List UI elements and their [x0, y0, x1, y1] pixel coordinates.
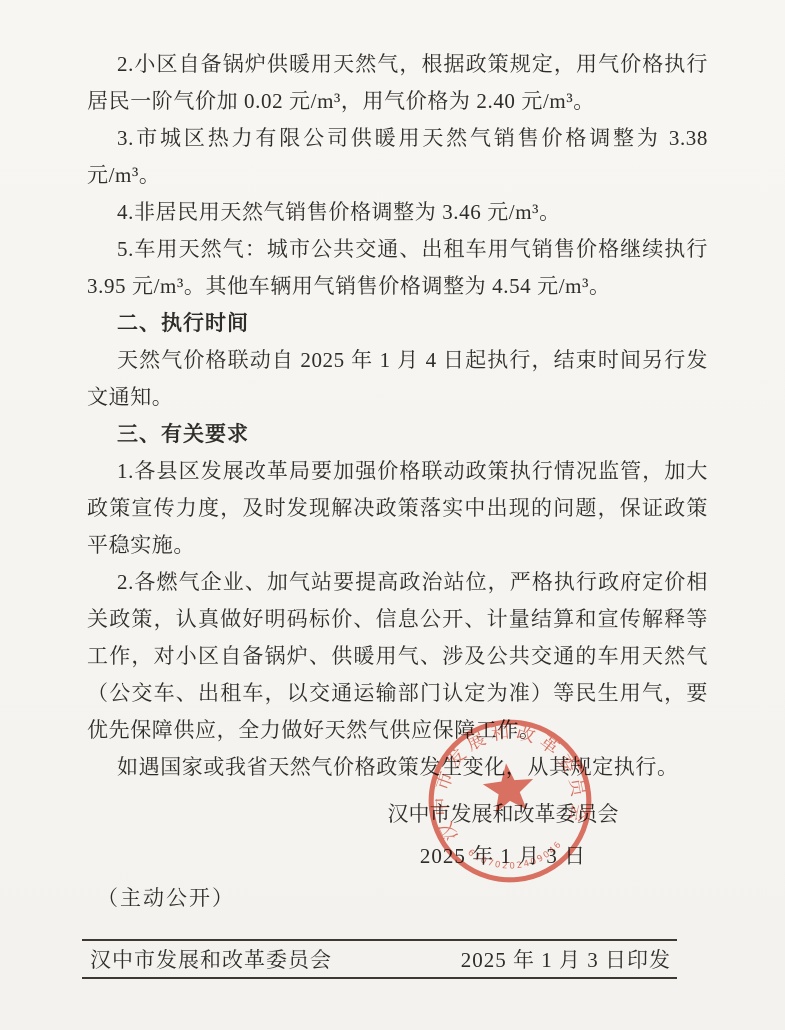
- official-seal-stamp-icon: 汉中市发展和改革委员会 61070202409046: [414, 705, 605, 896]
- document-body: 2.小区自备锅炉供暖用天然气，根据政策规定，用气价格执行居民一阶气价加 0.02…: [0, 0, 785, 786]
- paragraph-heating-company-price: 3.市城区热力有限公司供暖用天然气销售价格调整为 3.38 元/m³。: [87, 120, 708, 194]
- footer-print-date: 2025 年 1 月 3 日印发: [461, 944, 671, 974]
- footer-band: 汉中市发展和改革委员会 2025 年 1 月 3 日印发: [82, 939, 677, 979]
- paragraph-vehicle-gas-price: 5.车用天然气：城市公共交通、出租车用气销售价格继续执行 3.95 元/m³。其…: [87, 231, 708, 305]
- paragraph-enterprise-requirement: 2.各燃气企业、加气站要提高政治站位，严格执行政府定价相关政策，认真做好明码标价…: [87, 564, 708, 749]
- paragraph-community-boiler-gas: 2.小区自备锅炉供暖用天然气，根据政策规定，用气价格执行居民一阶气价加 0.02…: [87, 46, 708, 120]
- paragraph-non-resident-price: 4.非居民用天然气销售价格调整为 3.46 元/m³。: [87, 194, 708, 231]
- paragraph-execution-date: 天然气价格联动自 2025 年 1 月 4 日起执行，结束时间另行发文通知。: [87, 342, 708, 416]
- seal-star-icon: [481, 761, 536, 814]
- section-heading-execution-time: 二、执行时间: [87, 305, 708, 342]
- section-heading-requirements: 三、有关要求: [87, 416, 708, 453]
- disclosure-note: （主动公开）: [97, 882, 235, 912]
- footer-issuer: 汉中市发展和改革委员会: [90, 944, 332, 974]
- paragraph-policy-change-note: 如遇国家或我省天然气价格政策发生变化，从其规定执行。: [87, 749, 708, 786]
- document-page: 2.小区自备锅炉供暖用天然气，根据政策规定，用气价格执行居民一阶气价加 0.02…: [0, 0, 785, 1030]
- paragraph-supervision-requirement: 1.各县区发展改革局要加强价格联动政策执行情况监管，加大政策宣传力度，及时发现解…: [87, 453, 708, 564]
